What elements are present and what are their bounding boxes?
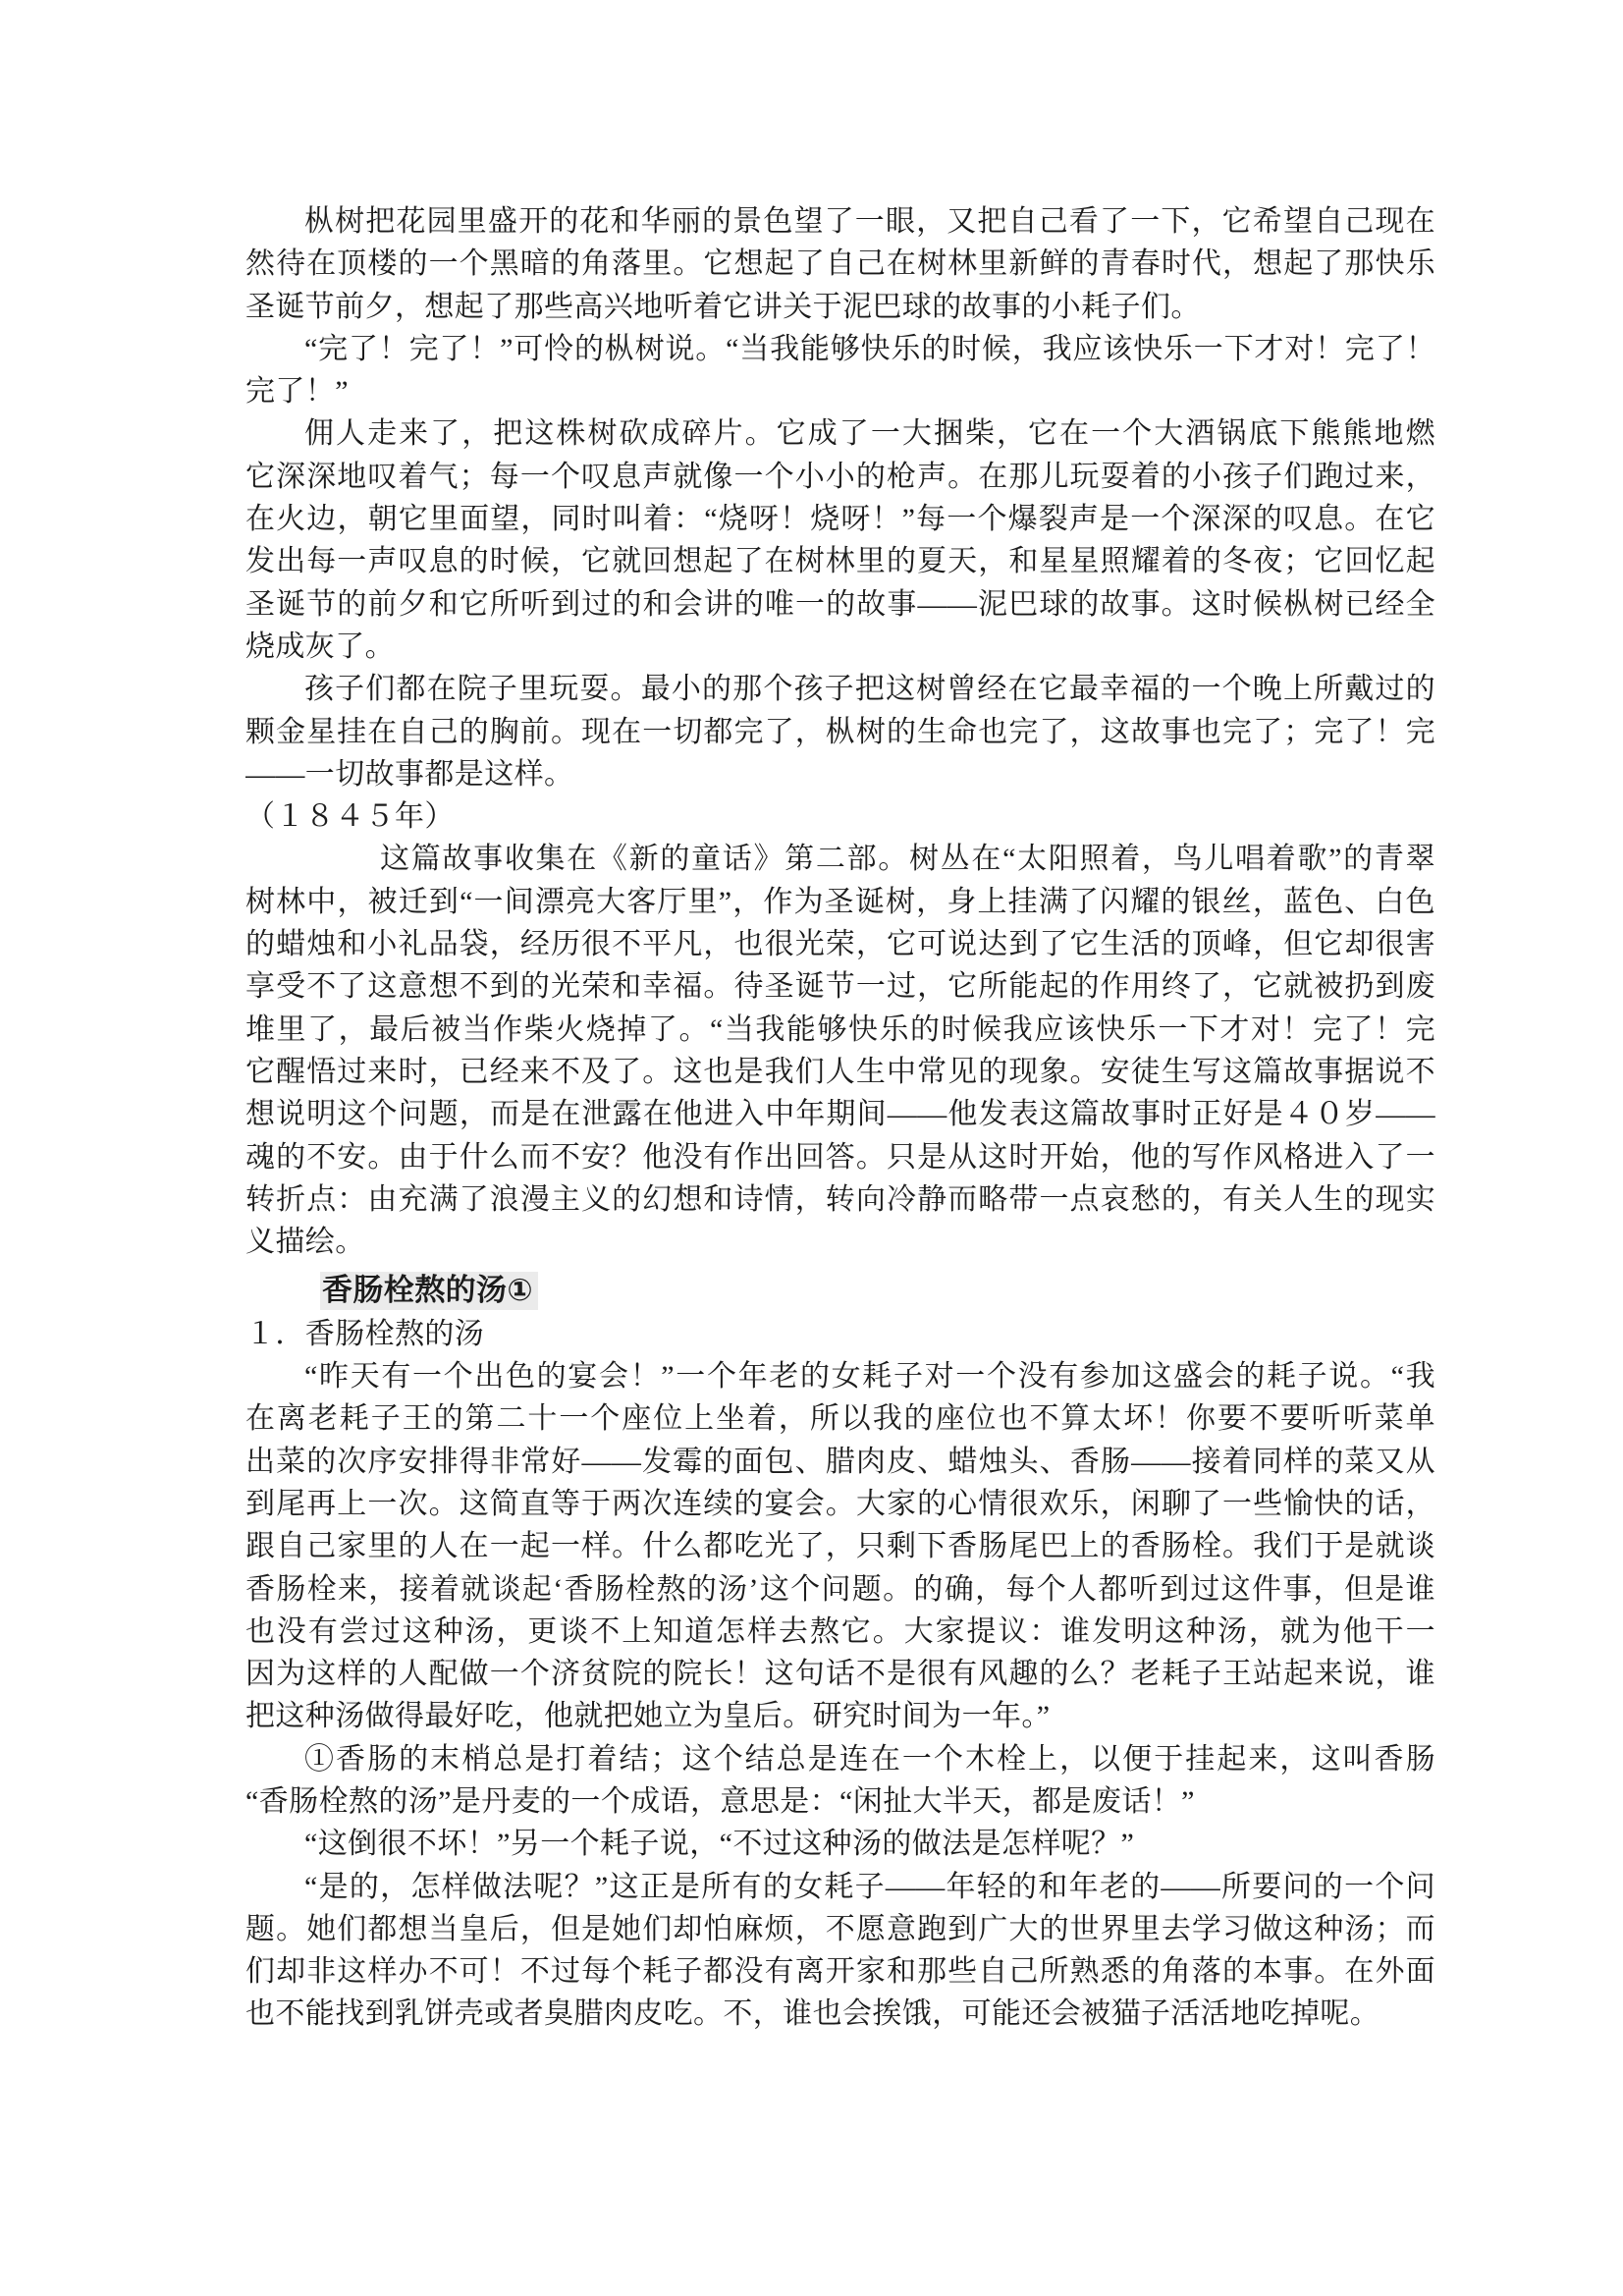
text-line: 到尾再上一次。这简直等于两次连续的宴会。大家的心情很欢乐，闲聊了一些愉快的话，像 <box>245 1483 1435 1525</box>
text-line: 这篇故事收集在《新的童话》第二部。树丛在“太阳照着，鸟儿唱着歌”的青翠 <box>245 838 1435 880</box>
text-line: 出菜的次序安排得非常好——发霉的面包、腊肉皮、蜡烛头、香肠——接着同样的菜又从头 <box>245 1441 1435 1483</box>
text-line: 堆里了，最后被当作柴火烧掉了。“当我能够快乐的时候我应该快乐一下才对！完了！完了… <box>245 1009 1435 1051</box>
text-line: 然待在顶楼的一个黑暗的角落里。它想起了自己在树林里新鲜的青春时代，想起了那快乐的 <box>245 243 1435 285</box>
document-content: 枞树把花园里盛开的花和华丽的景色望了一眼，又把自己看了一下，它希望自己现在仍然待… <box>245 200 1435 2036</box>
text-line: 因为这样的人配做一个济贫院的院长！这句话不是很有风趣的么？老耗子王站起来说，谁会 <box>245 1653 1435 1695</box>
text-line: “完了！完了！”可怜的枞树说。“当我能够快乐的时候，我应该快乐一下才对！完了！ <box>245 328 1435 370</box>
text-line: 它深深地叹着气；每一个叹息声就像一个小小的枪声。在那儿玩耍着的小孩子们跑过来，坐 <box>245 456 1435 498</box>
text-line: ——一切故事都是这样。 <box>245 753 1435 795</box>
text-line: 颗金星挂在自己的胸前。现在一切都完了，枞树的生命也完了，这故事也完了；完了！完了… <box>245 711 1435 753</box>
text-line: 在火边，朝它里面望，同时叫着：“烧呀！烧呀！”每一个爆裂声是一个深深的叹息。在它 <box>245 498 1435 540</box>
text-line: “这倒很不坏！”另一个耗子说，“不过这种汤的做法是怎样呢？” <box>245 1823 1435 1865</box>
text-line: 的蜡烛和小礼品袋，经历很不平凡，也很光荣，它可说达到了它生活的顶峰，但它却很害怕… <box>245 923 1435 965</box>
document-page: 枞树把花园里盛开的花和华丽的景色望了一眼，又把自己看了一下，它希望自己现在仍然待… <box>0 0 1623 2296</box>
text-line: 也没有尝过这种汤，更谈不上知道怎样去熬它。大家提议：谁发明这种汤，就为他干一杯， <box>245 1611 1435 1653</box>
text-line: 它醒悟过来时，已经来不及了。这也是我们人生中常见的现象。安徒生写这篇故事据说不是 <box>245 1051 1435 1093</box>
section-heading: 香肠栓熬的汤① <box>245 1269 1435 1311</box>
text-line: “昨天有一个出色的宴会！”一个年老的女耗子对一个没有参加这盛会的耗子说。“我 <box>245 1355 1435 1397</box>
text-line: 完了！” <box>245 370 1435 412</box>
text-line: 魂的不安。由于什么而不安？他没有作出回答。只是从这时开始，他的写作风格进入了一个 <box>245 1136 1435 1178</box>
section-heading-text: 香肠栓熬的汤① <box>320 1272 538 1310</box>
text-line: 把这种汤做得最好吃，他就把她立为皇后。研究时间为一年。” <box>245 1695 1435 1737</box>
text-line: 题。她们都想当皇后，但是她们却怕麻烦，不愿意跑到广大的世界里去学习做这种汤；而她 <box>245 1908 1435 1950</box>
text-line: 转折点：由充满了浪漫主义的幻想和诗情，转向冷静而略带一点哀愁的，有关人生的现实主 <box>245 1178 1435 1221</box>
text-line: 在离老耗子王的第二十一个座位上坐着，所以我的座位也不算太坏！你要不要听听菜单子？ <box>245 1397 1435 1440</box>
text-line: 树林中，被迁到“一间漂亮大客厅里”，作为圣诞树，身上挂满了闪耀的银丝，蓝色、白色 <box>245 881 1435 923</box>
text-line: “是的，怎样做法呢？”这正是所有的女耗子——年轻的和年老的——所要问的一个问 <box>245 1866 1435 1908</box>
text-line: 孩子们都在院子里玩耍。最小的那个孩子把这树曾经在它最幸福的一个晚上所戴过的那 <box>245 668 1435 710</box>
text-line: 跟自己家里的人在一起一样。什么都吃光了，只剩下香肠尾巴上的香肠栓。我们于是就谈起 <box>245 1525 1435 1567</box>
text-line: 发出每一声叹息的时候，它就回想起了在树林里的夏天，和星星照耀着的冬夜；它回忆起了 <box>245 540 1435 582</box>
text-line: 圣诞节前夕，想起了那些高兴地听着它讲关于泥巴球的故事的小耗子们。 <box>245 286 1435 328</box>
text-line: （１８４５年） <box>245 795 1435 838</box>
text-line: 也不能找到乳饼壳或者臭腊肉皮吃。不，谁也会挨饿，可能还会被猫子活活地吃掉呢。 <box>245 1993 1435 2035</box>
text-line: １．香肠栓熬的汤 <box>245 1313 1435 1355</box>
text-line: 们却非这样办不可！不过每个耗子都没有离开家和那些自己所熟悉的角落的本事。在外面谁 <box>245 1950 1435 1993</box>
text-line: 义描绘。 <box>245 1221 1435 1263</box>
text-line: 佣人走来了，把这株树砍成碎片。它成了一大捆柴，它在一个大酒锅底下熊熊地燃着。 <box>245 412 1435 455</box>
text-line: 享受不了这意想不到的光荣和幸福。待圣诞节一过，它所能起的作用终了，它就被扔到废物 <box>245 965 1435 1008</box>
text-line: 枞树把花园里盛开的花和华丽的景色望了一眼，又把自己看了一下，它希望自己现在仍 <box>245 200 1435 243</box>
text-line: ①香肠的末梢总是打着结；这个结总是连在一个木栓上，以便于挂起来，这叫香肠栓。 <box>245 1738 1435 1780</box>
text-line: 想说明这个问题，而是在泄露在他进入中年期间——他发表这篇故事时正好是４０岁——灵 <box>245 1093 1435 1135</box>
text-line: 烧成灰了。 <box>245 626 1435 668</box>
text-line: “香肠栓熬的汤”是丹麦的一个成语，意思是：“闲扯大半天，都是废话！” <box>245 1780 1435 1823</box>
text-line: 香肠栓来，接着就谈起‘香肠栓熬的汤’这个问题。的确，每个人都听到过这件事，但是谁 <box>245 1568 1435 1611</box>
text-line: 圣诞节的前夕和它所听到过的和会讲的唯一的故事——泥巴球的故事。这时候枞树已经全被 <box>245 583 1435 626</box>
